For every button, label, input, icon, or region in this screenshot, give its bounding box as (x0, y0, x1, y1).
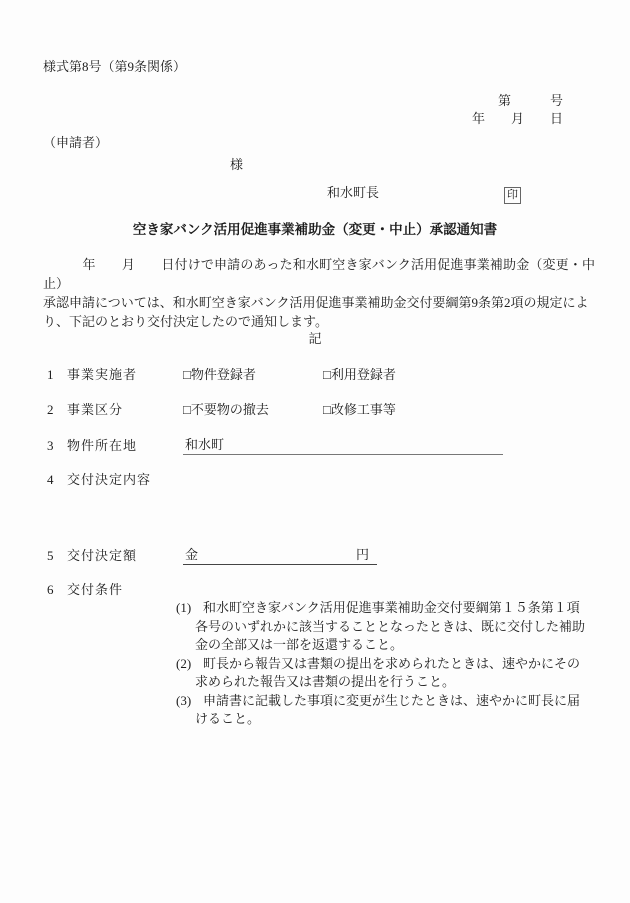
item-row-grant-amount: 5 交付決定額 金円 (47, 546, 377, 565)
condition-text: 町長から報告又は書類の提出を求められたときは、速やかにその 求められた報告又は書… (195, 655, 596, 692)
applicant-label: （申請者） (43, 134, 108, 152)
item-number: 3 (47, 437, 67, 455)
grant-amount-field: 金円 (183, 546, 377, 565)
item-label: 事業区分 (67, 401, 183, 419)
condition-line: 金の全部又は一部を返還すること。 (195, 636, 596, 655)
checkbox-icon: □ (323, 367, 331, 382)
item-row-grant-conditions: 6 交付条件 (47, 581, 183, 599)
issue-block: 第 号 年 月 日 (472, 92, 563, 128)
option-label: 改修工事等 (331, 402, 396, 417)
checkbox-icon: □ (183, 402, 191, 417)
item-label: 交付決定額 (67, 547, 183, 565)
condition-marker: (2) (176, 655, 195, 692)
amount-prefix: 金 (185, 546, 198, 564)
item-label: 事業実施者 (67, 366, 183, 384)
body-line: 年 月 日付けで申請のあった和水町空き家バンク活用促進事業補助金（変更・中止） (43, 255, 595, 293)
item-label: 物件所在地 (67, 437, 183, 455)
document-page: 様式第8号（第9条関係） 第 号 年 月 日 （申請者） 様 和水町長 印 空き… (0, 0, 630, 903)
item-label: 交付条件 (67, 581, 183, 599)
item-number: 6 (47, 581, 67, 599)
option-label: 利用登録者 (331, 367, 396, 382)
record-heading: 記 (0, 330, 630, 348)
option-removal: □不要物の撤去 (183, 401, 323, 419)
body-line: り、下記のとおり交付決定したので通知します。 (43, 312, 595, 331)
property-location-value: 和水町 (185, 437, 224, 452)
option-label: 不要物の撤去 (191, 402, 269, 417)
condition-line: 町長から報告又は書類の提出を求められたときは、速やかにその (195, 655, 596, 674)
condition-line: けること。 (195, 710, 596, 729)
document-title: 空き家バンク活用促進事業補助金（変更・中止）承認通知書 (0, 221, 630, 240)
item-number: 2 (47, 401, 67, 419)
item-row-business-category: 2 事業区分 □不要物の撤去 □改修工事等 (47, 401, 463, 419)
amount-suffix: 円 (356, 546, 369, 564)
issue-number-line: 第 号 (472, 92, 563, 110)
option-property-registrant: □物件登録者 (183, 366, 323, 384)
form-number: 様式第8号（第9条関係） (43, 58, 186, 76)
addressee-honorific: 様 (230, 156, 243, 174)
option-renovation: □改修工事等 (323, 401, 463, 419)
condition-marker: (3) (176, 692, 195, 729)
condition-item-3: (3) 申請書に記載した事項に変更が生じたときは、速やかに町長に届 けること。 (176, 692, 596, 729)
issuer-name: 和水町長 (327, 184, 379, 202)
condition-line: 各号のいずれかに該当することとなったときは、既に交付した補助 (195, 618, 596, 637)
option-user-registrant: □利用登録者 (323, 366, 463, 384)
issue-date-line: 年 月 日 (472, 110, 563, 128)
checkbox-icon: □ (183, 367, 191, 382)
condition-text: 申請書に記載した事項に変更が生じたときは、速やかに町長に届 けること。 (195, 692, 596, 729)
body-line: 承認申請については、和水町空き家バンク活用促進事業補助金交付要綱第9条第2項の規… (43, 293, 595, 312)
item-row-property-location: 3 物件所在地 和水町 (47, 436, 503, 455)
seal-box: 印 (504, 187, 521, 204)
conditions-list: (1) 和水町空き家バンク活用促進事業補助金交付要綱第１５条第１項 各号のいずれ… (176, 599, 596, 729)
condition-item-1: (1) 和水町空き家バンク活用促進事業補助金交付要綱第１５条第１項 各号のいずれ… (176, 599, 596, 655)
body-paragraph: 年 月 日付けで申請のあった和水町空き家バンク活用促進事業補助金（変更・中止） … (43, 255, 595, 331)
condition-item-2: (2) 町長から報告又は書類の提出を求められたときは、速やかにその 求められた報… (176, 655, 596, 692)
condition-line: 和水町空き家バンク活用促進事業補助金交付要綱第１５条第１項 (195, 599, 596, 618)
item-row-grant-decision-content: 4 交付決定内容 (47, 471, 183, 489)
condition-marker: (1) (176, 599, 195, 655)
item-number: 5 (47, 547, 67, 565)
checkbox-icon: □ (323, 402, 331, 417)
item-row-business-operator: 1 事業実施者 □物件登録者 □利用登録者 (47, 366, 463, 384)
option-label: 物件登録者 (191, 367, 256, 382)
item-label: 交付決定内容 (67, 471, 183, 489)
condition-line: 申請書に記載した事項に変更が生じたときは、速やかに町長に届 (195, 692, 596, 711)
item-number: 4 (47, 471, 67, 489)
property-location-field: 和水町 (183, 436, 503, 455)
condition-line: 求められた報告又は書類の提出を行うこと。 (195, 673, 596, 692)
condition-text: 和水町空き家バンク活用促進事業補助金交付要綱第１５条第１項 各号のいずれかに該当… (195, 599, 596, 655)
item-number: 1 (47, 366, 67, 384)
seal-mark: 印 (507, 188, 518, 203)
